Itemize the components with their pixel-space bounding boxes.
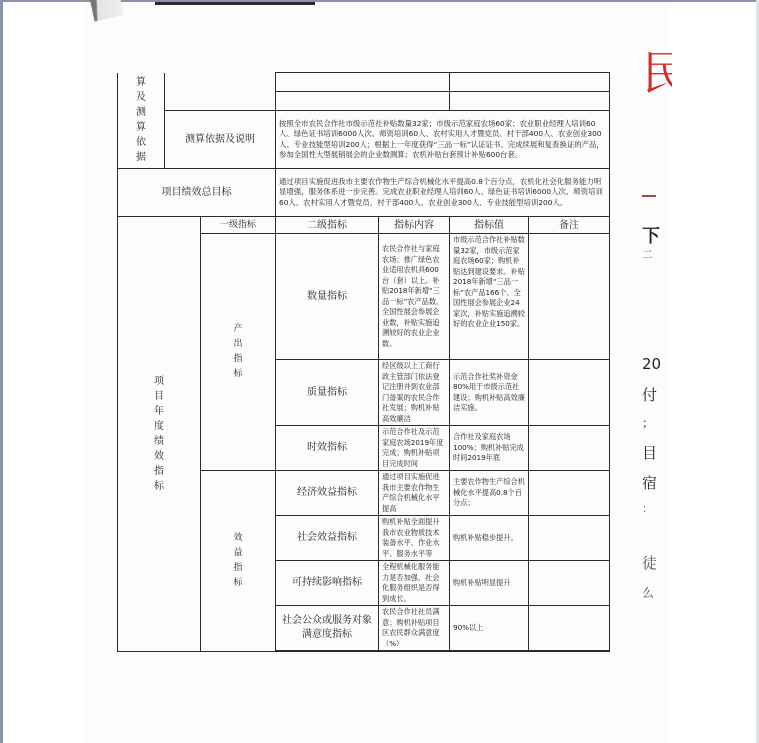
adjacent-page-glyph: 付 [642, 384, 657, 405]
adjacent-page-glyph: 宿 [642, 472, 657, 493]
adjacent-page-glyph: 么 [642, 584, 654, 601]
calc-empty-label-cell [165, 73, 276, 111]
calc-basis-row-header: 算 及 测 算 依 据 [118, 73, 165, 169]
adjacent-page-glyph: 徒 [642, 552, 657, 573]
indicator-content: 农民合作社与家庭农场；推广绿色农业适用农机具600台（套）以上。补贴2018年新… [379, 234, 450, 360]
column-header-value: 指标值 [450, 217, 529, 234]
annual-indicators-row-header: 项 目 年 度 绩 效 指 标 [118, 217, 201, 652]
indicator-value: 合作社及家庭农场100%；购机补贴完成时间2019年底 [450, 426, 529, 471]
indicators-header-row: 项 目 年 度 绩 效 指 标 一级指标 二级指标 指标内容 指标值 备注 [118, 217, 610, 234]
column-header-level2: 二级指标 [276, 217, 379, 234]
level2-indicator: 经济效益指标 [276, 471, 379, 516]
calc-empty-row: 算 及 测 算 依 据 [118, 73, 610, 92]
calc-basis-text: 按照全市农民合作社市级示范社补贴数量32家；市级示范家庭农场60家；农业职业经理… [276, 111, 610, 169]
indicator-content: 通过项目实施促进我市主要农作物生产综合机械化水平提高 [379, 471, 450, 516]
output-indicators-label: 产 出 指 标 [201, 234, 276, 471]
overall-goal-text: 通过项目实施促进我市主要农作物生产综合机械化水平提高0.8个百分点，农机化社会化… [276, 169, 610, 217]
column-header-content: 指标内容 [379, 217, 450, 234]
indicator-content: 购机补贴全面提升我市农业物质技术装备水平、作业水平、服务水平等 [379, 516, 450, 561]
window-frame-left [0, 0, 3, 743]
level2-indicator: 社会公众或服务对象满意度指标 [276, 606, 379, 652]
indicator-note [529, 471, 610, 516]
indicator-value: 购机补贴明显提升 [450, 561, 529, 606]
page-edge-shadow [155, 2, 315, 5]
indicator-content: 农民合作社社员满意；购机补贴项目区农民群众满意度（%） [379, 606, 450, 652]
overall-goal-label: 项目绩效总目标 [118, 169, 276, 217]
indicator-note [529, 360, 610, 426]
indicator-content: 全程机械化服务能力是否加强、社会化服务组织是否得到成长。 [379, 561, 450, 606]
adjacent-page-title-glyph: 民 [642, 50, 672, 96]
indicator-value: 主要农作物生产综合机械化水平提高0.8个百分点； [450, 471, 529, 516]
indicator-value: 90%以上 [450, 606, 529, 652]
calc-empty-cell [276, 92, 450, 111]
adjacent-page-glyph: 下 [642, 222, 660, 248]
level2-indicator: 社会效益指标 [276, 516, 379, 561]
overall-goal-row: 项目绩效总目标 通过项目实施促进我市主要农作物生产综合机械化水平提高0.8个百分… [118, 169, 610, 217]
indicator-content: 经区级以上工商行政主管部门依法登记注册并到农业部门备案的农民合作社发展；购机补贴… [379, 360, 450, 426]
adjacent-page-rule [642, 195, 656, 197]
calc-empty-cell [450, 92, 610, 111]
calc-basis-row: 测算依据及说明 按照全市农民合作社市级示范社补贴数量32家；市级示范家庭农场60… [118, 111, 610, 169]
indicator-value: 购机补贴稳步提升。 [450, 516, 529, 561]
adjacent-page-glyph: ； [642, 414, 654, 431]
adjacent-page-glyph: 目 [642, 442, 657, 463]
performance-target-table: 算 及 测 算 依 据 测算依据及说明 按照全市农民合作社市级示范社补贴数量32… [117, 72, 610, 652]
adjacent-page-glyph: 20 [642, 355, 661, 373]
indicator-note [529, 426, 610, 471]
adjacent-page-glyph: ： [642, 500, 653, 516]
calc-empty-cell [276, 73, 450, 92]
indicator-content: 示范合作社及示范家庭农场2019年度完成；购机补贴项目完成时间 [379, 426, 450, 471]
indicator-note [529, 606, 610, 652]
indicator-note [529, 516, 610, 561]
level2-indicator: 可持续影响指标 [276, 561, 379, 606]
calc-basis-label: 测算依据及说明 [165, 111, 276, 169]
indicator-note [529, 561, 610, 606]
indicator-value: 示范合作社奖补资金80%用于市级示范社建设；购机补贴高效廉洁实施。 [450, 360, 529, 426]
indicator-note [529, 234, 610, 360]
level2-indicator: 质量指标 [276, 360, 379, 426]
indicator-value: 市级示范合作社补贴数量32家，市级示范家庭农场60家；购机补贴达到建设要求。补贴… [450, 234, 529, 360]
column-header-level1: 一级指标 [201, 217, 276, 234]
adjacent-page-glyph: 二 [642, 246, 653, 262]
benefit-indicators-label: 效 益 指 标 [201, 471, 276, 652]
level2-indicator: 数量指标 [276, 234, 379, 360]
level2-indicator: 时效指标 [276, 426, 379, 471]
adjacent-page-edge: 民 下 二 20 付 ； 目 宿 ： 徒 么 [640, 0, 672, 743]
calc-empty-cell [450, 73, 610, 92]
column-header-note: 备注 [529, 217, 610, 234]
